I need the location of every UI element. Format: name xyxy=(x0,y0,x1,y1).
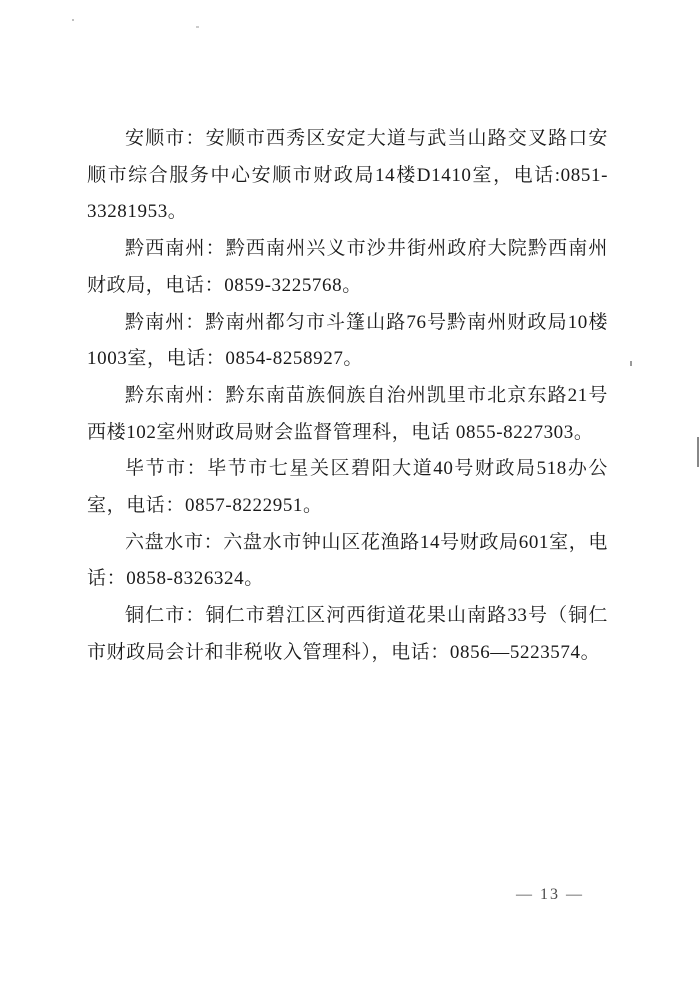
contact-paragraph: 黔东南州：黔东南苗族侗族自治州凯里市北京东路21号西楼102室州财政局财会监督管… xyxy=(87,378,608,451)
scan-artifact-speck xyxy=(196,26,199,28)
contact-paragraph: 黔南州：黔南州都匀市斗篷山路76号黔南州财政局10楼1003室，电话：0854-… xyxy=(87,305,608,378)
city-label: 黔南州： xyxy=(125,312,205,333)
contact-paragraph: 安顺市：安顺市西秀区安定大道与武当山路交叉路口安顺市综合服务中心安顺市财政局14… xyxy=(87,121,608,231)
scan-artifact-speck xyxy=(630,361,632,366)
city-label: 铜仁市： xyxy=(125,605,206,626)
contact-paragraph: 黔西南州：黔西南州兴义市沙井街州政府大院黔西南州财政局，电话：0859-3225… xyxy=(87,231,608,304)
page-number: — 13 — xyxy=(516,886,616,904)
city-label: 黔东南州： xyxy=(125,385,226,406)
contact-paragraph: 铜仁市：铜仁市碧江区河西街道花果山南路33号（铜仁市财政局会计和非税收入管理科）… xyxy=(87,598,608,671)
city-label: 毕节市： xyxy=(125,458,207,479)
contact-paragraph: 六盘水市：六盘水市钟山区花渔路14号财政局601室，电话：0858-832632… xyxy=(87,525,608,598)
scan-artifact-speck xyxy=(72,19,74,21)
contact-paragraph: 毕节市：毕节市七星关区碧阳大道40号财政局518办公室，电话：0857-8222… xyxy=(87,451,608,524)
city-label: 安顺市： xyxy=(125,128,206,149)
scan-artifact-edge-line xyxy=(697,437,699,467)
city-label: 黔西南州： xyxy=(125,238,226,259)
contact-list: 安顺市：安顺市西秀区安定大道与武当山路交叉路口安顺市综合服务中心安顺市财政局14… xyxy=(87,121,608,672)
city-label: 六盘水市： xyxy=(125,532,223,553)
document-page: 安顺市：安顺市西秀区安定大道与武当山路交叉路口安顺市综合服务中心安顺市财政局14… xyxy=(0,0,700,988)
